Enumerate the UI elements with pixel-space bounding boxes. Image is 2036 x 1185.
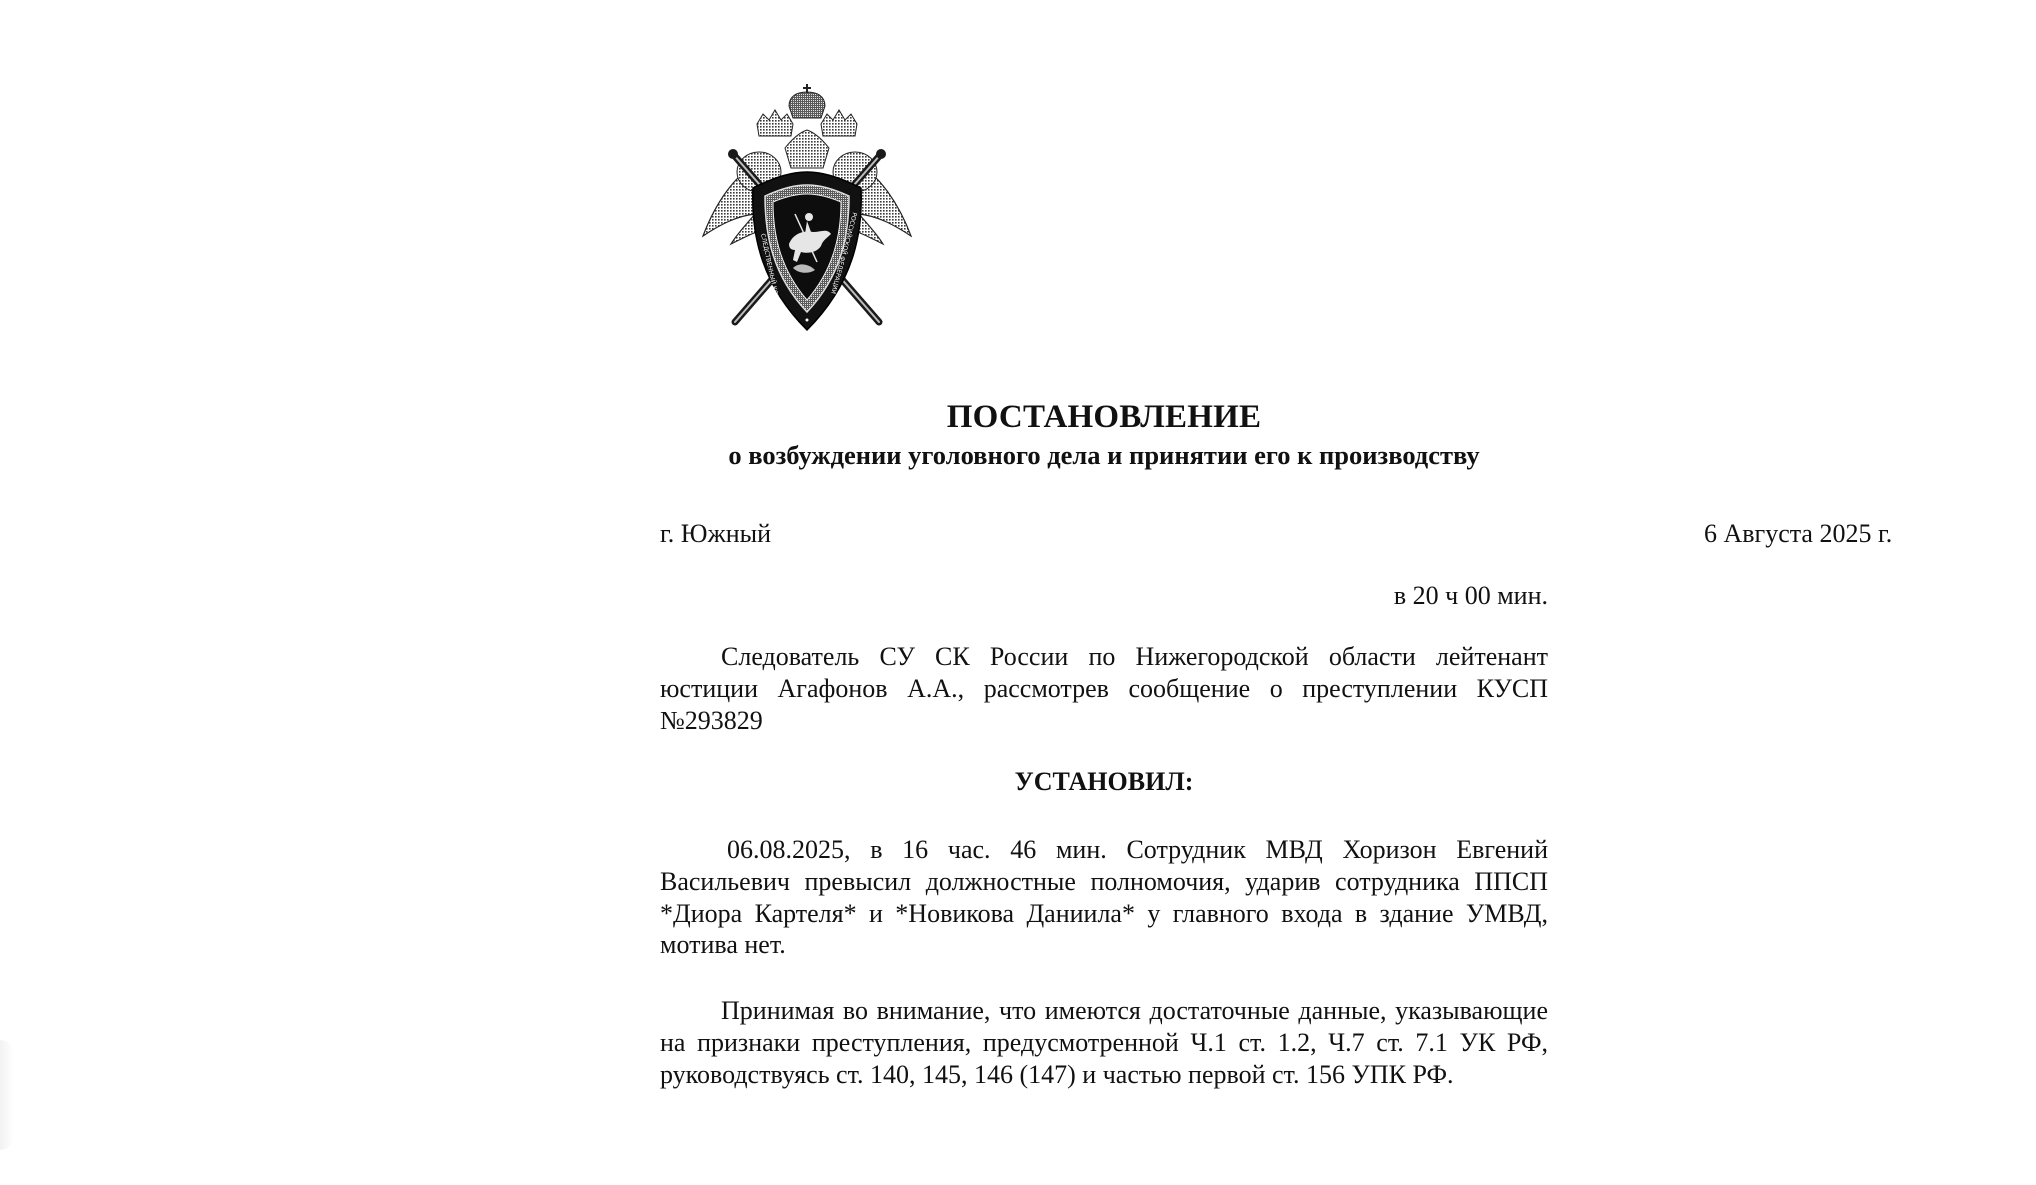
- document-title: ПОСТАНОВЛЕНИЕ: [660, 398, 1548, 436]
- section-heading-established: УСТАНОВИЛ:: [660, 766, 1548, 798]
- document-time: в 20 ч 00 мин.: [1394, 580, 1548, 612]
- investigative-committee-emblem-icon: СЛЕДСТВЕННЫЙ КОМИТЕТ РОССИЙСКОЙ ФЕДЕРАЦИ…: [697, 84, 917, 342]
- document-subtitle: о возбуждении уголовного дела и принятии…: [650, 439, 1558, 471]
- document-date: 6 Августа 2025 г.: [1704, 518, 2036, 550]
- document-place: г. Южный: [660, 518, 771, 550]
- page-edge-shadow: [0, 1040, 14, 1150]
- grounds-paragraph: Принимая во внимание, что имеются достат…: [660, 995, 1548, 1090]
- intro-paragraph: Следователь СУ СК России по Нижегородско…: [660, 641, 1548, 736]
- established-paragraph: 06.08.2025, в 16 час. 46 мин. Сотрудник …: [660, 834, 1548, 961]
